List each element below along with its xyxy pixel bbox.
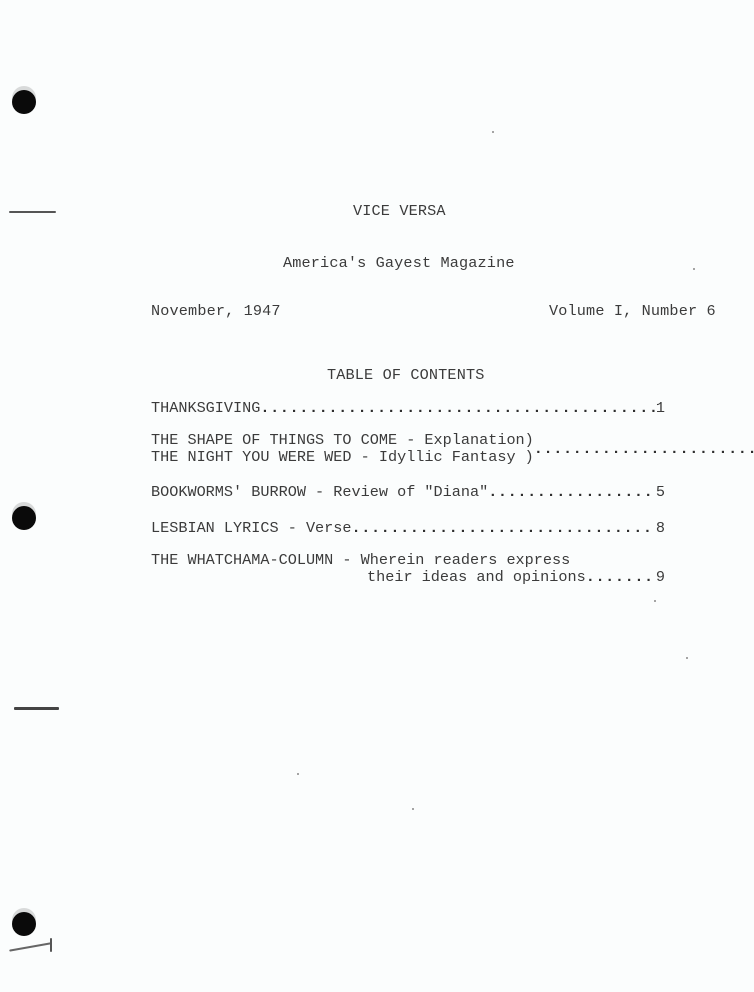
toc-entry-page: 1 bbox=[656, 399, 665, 417]
toc-entry-page: 5 bbox=[656, 483, 665, 501]
margin-mark bbox=[14, 707, 59, 710]
toc-entry-title: BOOKWORMS' BURROW - Review of "Diana" bbox=[151, 483, 488, 501]
magazine-title: VICE VERSA bbox=[353, 203, 446, 220]
toc-entry: LESBIAN LYRICS - Verse 8 bbox=[151, 519, 665, 536]
dot-leader bbox=[352, 519, 656, 537]
scan-speck bbox=[654, 600, 656, 602]
punch-hole bbox=[12, 90, 36, 114]
toc-entry: THE SHAPE OF THINGS TO COME - Explanatio… bbox=[151, 432, 665, 466]
scan-speck bbox=[686, 657, 688, 659]
dot-leader bbox=[586, 568, 656, 586]
punch-hole bbox=[12, 912, 36, 936]
magazine-subtitle: America's Gayest Magazine bbox=[283, 255, 515, 272]
toc-entry-title: THE SHAPE OF THINGS TO COME - Explanatio… bbox=[151, 432, 534, 449]
scanned-page: VICE VERSA America's Gayest Magazine Nov… bbox=[0, 0, 754, 992]
toc-entry-page: 8 bbox=[656, 519, 665, 537]
dot-leader bbox=[260, 399, 656, 417]
toc-entry: BOOKWORMS' BURROW - Review of "Diana" 5 bbox=[151, 483, 665, 500]
toc-entry-title: LESBIAN LYRICS - Verse bbox=[151, 519, 352, 537]
toc-entry-page: 9 bbox=[656, 568, 665, 586]
issue-volume: Volume I, Number 6 bbox=[549, 303, 716, 320]
margin-mark bbox=[9, 211, 56, 213]
toc-entry: THE WHATCHAMA-COLUMN - Wherein readers e… bbox=[151, 551, 665, 585]
issue-date: November, 1947 bbox=[151, 303, 281, 320]
dot-leader bbox=[534, 440, 754, 458]
scan-speck bbox=[693, 268, 695, 270]
toc-entry-title: THANKSGIVING bbox=[151, 399, 260, 417]
toc-entry: THANKSGIVING 1 bbox=[151, 399, 665, 416]
punch-hole bbox=[12, 506, 36, 530]
toc-entry-title: their ideas and opinions bbox=[367, 568, 586, 586]
dot-leader bbox=[488, 483, 656, 501]
margin-mark bbox=[9, 942, 51, 951]
toc-entry-title: THE WHATCHAMA-COLUMN - Wherein readers e… bbox=[151, 551, 570, 569]
toc-entry-title: THE NIGHT YOU WERE WED - Idyllic Fantasy… bbox=[151, 449, 534, 466]
scan-speck bbox=[412, 808, 414, 810]
scan-speck bbox=[492, 131, 494, 133]
margin-mark bbox=[50, 938, 52, 952]
toc-heading: TABLE OF CONTENTS bbox=[327, 367, 485, 384]
scan-speck bbox=[297, 773, 299, 775]
